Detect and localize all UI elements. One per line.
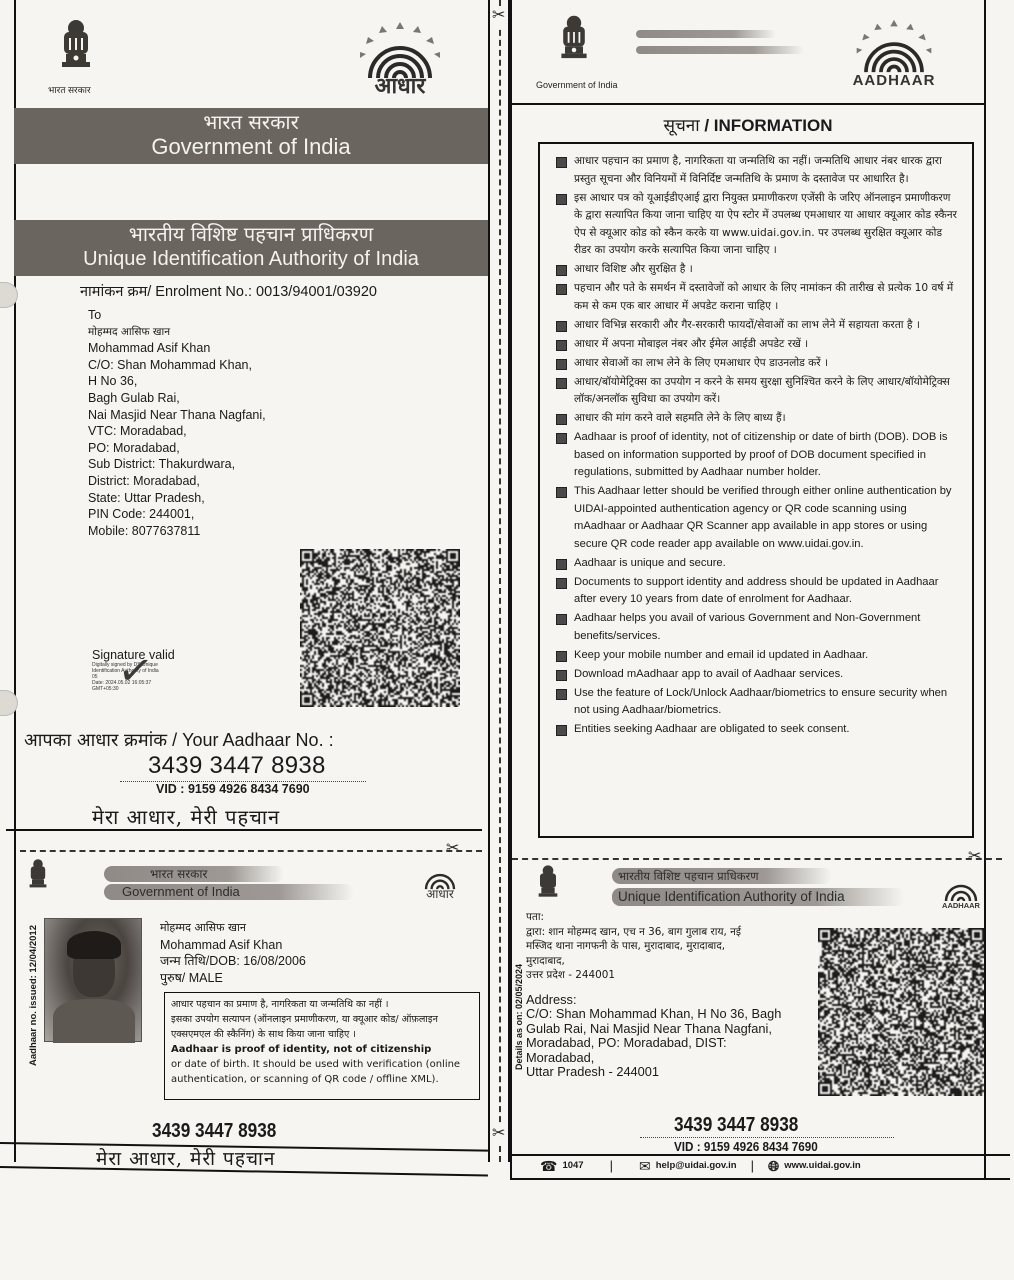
aadhaar-logo: AADHAAR	[932, 872, 990, 914]
information-box: आधार पहचान का प्रमाण है, नागरिकता या जन्…	[538, 142, 974, 838]
info-item-hindi: आधार की मांग करने वाले सहमति लेने के लिए…	[554, 410, 960, 428]
address-line-hindi: द्वारा: शान मोहम्मद खान, एच न 36, बाग गु…	[526, 925, 781, 940]
helpline: ☎1047	[540, 1159, 584, 1173]
aadhaar-logo: आधार	[414, 862, 466, 902]
holder-photo	[44, 918, 142, 1042]
horizontal-cut-line	[512, 858, 1002, 860]
disclaimer-box: आधार पहचान का प्रमाण है, नागरिकता या जन्…	[164, 992, 480, 1100]
information-title: सूचना / INFORMATION	[510, 113, 986, 136]
info-item-hindi: आधार विशिष्ट और सुरक्षित है ।	[554, 261, 960, 279]
address-line: Mohammad Asif Khan	[88, 340, 266, 357]
enrolment-number: नामांकन क्रम/ Enrolment No.: 0013/94001/…	[80, 281, 377, 301]
horizontal-cut-line	[20, 850, 482, 852]
phone-icon: ☎	[540, 1159, 557, 1173]
address-line-english: Moradabad,	[526, 1051, 781, 1066]
emblem-caption: भारत सरकार	[48, 83, 91, 96]
card-header-hindi: भारत सरकार	[104, 866, 284, 882]
address-line: Bagh Gulab Rai,	[88, 390, 266, 407]
address-line: District: Moradabad,	[88, 473, 266, 490]
qr-code	[818, 928, 984, 1096]
address-line-hindi: मस्जिद थाना नागफनी के पास, मुरादाबाद, मु…	[526, 939, 781, 954]
address-line: Nai Masjid Near Thana Nagfani,	[88, 407, 266, 424]
info-item-hindi: आधार/बॉयोमेट्रिक्स का उपयोग न करने के सम…	[554, 374, 960, 409]
info-item-hindi: आधार पहचान का प्रमाण है, नागरिकता या जन्…	[554, 153, 960, 188]
scissors-icon: ✂	[492, 1124, 505, 1144]
aadhaar-number: 3439 3447 8938	[148, 752, 326, 780]
website-link[interactable]: 🌐︎www.uidai.gov.in	[768, 1159, 861, 1173]
national-emblem-icon	[26, 858, 50, 894]
address-line-hindi: मुरादाबाद,	[526, 954, 781, 969]
national-emblem-icon	[56, 18, 96, 78]
address-line: PO: Moradabad,	[88, 440, 266, 457]
info-item-english: Download mAadhaar app to avail of Aadhaa…	[554, 666, 960, 684]
address-line-english: Uttar Pradesh - 244001	[526, 1065, 781, 1080]
address-line: Mobile: 8077637811	[88, 523, 266, 540]
card-header-english: Government of India	[104, 884, 354, 900]
vertical-cut-line: ✂ ✂	[488, 0, 510, 1162]
national-emblem-icon	[534, 864, 562, 904]
card-header-english: Unique Identification Authority of India	[612, 888, 904, 906]
info-item-hindi: इस आधार पत्र को यूआईडीएआई द्वारा नियुक्त…	[554, 190, 960, 260]
tagline: मेरा आधार, मेरी पहचान	[96, 1145, 275, 1171]
info-item-hindi: आधार विभिन्न सरकारी और गैर-सरकारी फायदों…	[554, 317, 960, 335]
vid-number: VID : 9159 4926 8434 7690	[674, 1139, 818, 1154]
info-item-hindi: आधार सेवाओं का लाभ लेने के लिए एमआधार ऐप…	[554, 355, 960, 373]
address-line: PIN Code: 244001,	[88, 506, 266, 523]
info-item-hindi: आधार में अपना मोबाइल नंबर और ईमेल आईडी अ…	[554, 336, 960, 354]
address-line: H No 36,	[88, 373, 266, 390]
tagline: मेरा आधार, मेरी पहचान	[92, 803, 280, 830]
details-date-vertical: Details as on: 02/05/2024	[514, 964, 524, 1070]
emblem-caption: Government of India	[536, 80, 618, 90]
address-line-english: C/O: Shan Mohammad Khan, H No 36, Bagh	[526, 1007, 781, 1022]
national-emblem-icon	[556, 14, 592, 68]
checkmark-icon: ✓	[115, 644, 157, 697]
info-item-english: Aadhaar is proof of identity, not of cit…	[554, 429, 960, 482]
contact-bar: ☎1047 | ✉help@uidai.gov.in | 🌐︎www.uidai…	[540, 1158, 980, 1173]
card-header-hindi: भारतीय विशिष्ट पहचान प्राधिकरण	[612, 868, 832, 884]
aadhaar-letter-scan: ✂ ✂ भारत सरकार आधार भारत सरकार Governmen…	[0, 0, 1014, 1280]
uidai-banner: भारतीय विशिष्ट पहचान प्राधिकरण Unique Id…	[14, 220, 488, 276]
info-item-english: Aadhaar helps you avail of various Gover…	[554, 610, 960, 645]
aadhaar-number: 3439 3447 8938	[152, 1120, 276, 1143]
globe-icon: 🌐︎	[768, 1159, 779, 1173]
mail-icon: ✉	[639, 1159, 651, 1173]
aadhaar-logo: AADHAAR	[838, 18, 950, 90]
address-line-english: Moradabad, PO: Moradabad, DIST:	[526, 1036, 781, 1051]
address-line-english: Gulab Rai, Nai Masjid Near Thana Nagfani…	[526, 1022, 781, 1037]
info-item-hindi: पहचान और पते के समर्थन में दस्तावेजों को…	[554, 280, 960, 315]
email-link[interactable]: ✉help@uidai.gov.in	[639, 1159, 737, 1173]
info-item-english: Documents to support identity and addres…	[554, 574, 960, 609]
redaction-smudge	[636, 46, 804, 54]
card-address: पता: द्वारा: शान मोहम्मद खान, एच न 36, ब…	[526, 910, 781, 1080]
address-line: C/O: Shan Mohammad Khan,	[88, 357, 266, 374]
info-item-english: Keep your mobile number and email id upd…	[554, 647, 960, 665]
address-line: VTC: Moradabad,	[88, 423, 266, 440]
info-item-english: Use the feature of Lock/Unlock Aadhaar/b…	[554, 685, 960, 720]
vid-number: VID : 9159 4926 8434 7690	[156, 782, 310, 796]
issued-date-vertical: Aadhaar no. issued: 12/04/2012	[28, 925, 39, 1066]
info-item-english: Aadhaar is unique and secure.	[554, 555, 960, 573]
scissors-icon: ✂	[446, 841, 459, 857]
your-aadhaar-label: आपका आधार क्रमांक / Your Aadhaar No. :	[24, 728, 334, 752]
digital-signature: Signature valid Digitally signed by DS U…	[92, 648, 182, 692]
holder-details: मोहम्मद आसिफ खान Mohammad Asif Khan जन्म…	[160, 920, 306, 986]
address-line: Sub District: Thakurdwara,	[88, 456, 266, 473]
aadhaar-fingerprint-icon	[932, 872, 990, 902]
address-line: State: Uttar Pradesh,	[88, 490, 266, 507]
info-item-english: This Aadhaar letter should be verified t…	[554, 483, 960, 553]
government-banner: भारत सरकार Government of India	[14, 108, 488, 164]
scissors-icon: ✂	[968, 849, 981, 865]
scissors-icon: ✂	[492, 6, 505, 26]
aadhaar-number: 3439 3447 8938	[674, 1114, 798, 1137]
aadhaar-logo: आधार	[352, 20, 448, 100]
qr-code	[300, 549, 460, 707]
info-item-english: Entities seeking Aadhaar are obligated t…	[554, 721, 960, 739]
address-line-hindi: उत्तर प्रदेश - 244001	[526, 968, 781, 983]
recipient-address: To मोहम्मद आसिफ खान Mohammad Asif KhanC/…	[88, 307, 266, 539]
aadhaar-fingerprint-icon	[838, 18, 950, 74]
redaction-smudge	[636, 30, 776, 38]
